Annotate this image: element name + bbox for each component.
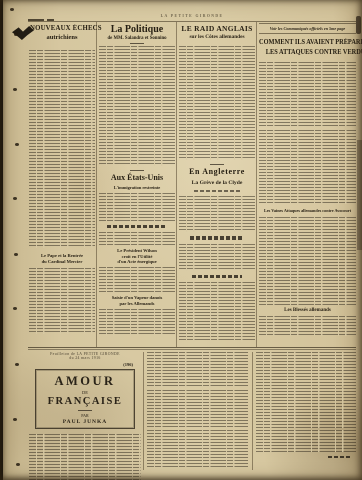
headline-la-politique: La Politique (99, 24, 175, 35)
headline-salandra-sonnino: de MM. Salandra et Sonnino (99, 36, 175, 41)
article-divider (130, 170, 144, 171)
heading-vapeur-line2: par les Allemands (99, 301, 175, 306)
illegible-subheading (194, 190, 240, 192)
body-text-block (147, 390, 248, 428)
masthead-title: LA PETITE GIRONDE (28, 14, 356, 18)
body-text-block (99, 193, 175, 221)
column-4: Voir les Communiqués officiels en 5me pa… (259, 22, 356, 347)
feuilleton-column-a: Feuilleton de LA PETITE GIRONDE du 24 ma… (29, 352, 141, 470)
serial-par-label: PAR (38, 413, 132, 418)
column-rule (176, 22, 177, 347)
headline-comment-ils: COMMENT ILS AVAIENT PRÉPARÉ (259, 39, 349, 46)
body-text-block (179, 46, 255, 160)
body-text-block (259, 316, 356, 336)
headline-raid-anglais: LE RAID ANGLAIS (179, 24, 255, 33)
body-text-block (179, 282, 255, 342)
newspaper-page: LA PETITE GIRONDE NOUVEAUX ÉCHECS autric… (0, 0, 362, 480)
illegible-subheading (192, 275, 242, 278)
heading-greve-clyde: La Grève de la Clyde (179, 180, 255, 186)
heading-etats-unis: Aux États-Unis (99, 173, 175, 182)
notice-rule-top (259, 23, 356, 24)
heading-pape-mercier: Le Pape et la Rentrée du Cardinal Mercie… (29, 253, 95, 264)
body-text-block (99, 232, 175, 245)
feuilleton-rule (28, 349, 356, 350)
body-text-block (256, 352, 356, 386)
binding-speck (13, 197, 17, 200)
column-2: La Politique de MM. Salandra et Sonnino … (99, 24, 175, 347)
binding-speck (15, 143, 19, 146)
subheading-immigration: L'immigration restreinte (99, 185, 175, 190)
body-text-block (99, 46, 175, 166)
headline-autrichiens: autrichiens (29, 34, 95, 41)
feuilleton-column-b (147, 352, 248, 470)
heading-wilson: Le Président Wilson croit en l'Utilité d… (99, 248, 175, 264)
edge-smudge (356, 16, 361, 34)
article-divider (210, 164, 224, 165)
feuilleton-rule (28, 347, 356, 348)
heading-en-angleterre: En Angleterre (179, 167, 255, 176)
binding-speck (13, 307, 17, 310)
binding-speck (13, 88, 17, 91)
body-text-block (147, 352, 248, 388)
headline-attaques-verdun: LES ATTAQUES CONTRE VERDUN (266, 49, 356, 56)
serial-title-de: DE (38, 390, 132, 395)
column-rule (256, 22, 257, 347)
column-rule (96, 22, 97, 347)
feuilleton-header-line2: du 24 mars 1916 (29, 356, 141, 360)
body-text-block (259, 217, 356, 305)
feuilleton-column-rule (252, 352, 253, 470)
notice-rule-bottom (259, 33, 356, 34)
notice-communiques: Voir les Communiqués officiels en 5me pa… (264, 26, 351, 31)
body-text-block (259, 62, 356, 126)
article-divider (130, 43, 144, 44)
body-text-block (179, 196, 255, 232)
serial-signature (328, 456, 350, 458)
binding-speck (14, 33, 18, 36)
body-text-block (99, 309, 175, 336)
binding-speck (13, 418, 17, 421)
heading-wilson-line3: d'un Acte énergique (99, 259, 175, 264)
edge-smudge (357, 140, 362, 250)
page-binding-edge (0, 0, 3, 480)
body-text-block (29, 268, 95, 334)
headline-cotes-allemandes: sur les Côtes allemandes (179, 34, 255, 40)
body-text-block (99, 267, 175, 292)
binding-speck (14, 253, 18, 256)
serial-author: PAUL JUNKA (38, 419, 132, 425)
column-1: NOUVEAUX ÉCHECS autrichiens Le Pape et l… (29, 24, 95, 347)
heading-avocourt: Les Vaines Attaques allemandes contre Av… (261, 208, 354, 213)
serial-divider (78, 410, 92, 411)
body-text-block (29, 434, 141, 480)
feuilleton-column-rule (143, 352, 144, 470)
heading-blesses-allemands: Les Blessés allemands (259, 308, 356, 313)
serial-title-box: AMOUR DE FRANÇAISE PAR PAUL JUNKA (35, 369, 135, 429)
body-text-block (256, 388, 356, 428)
body-text-block (29, 50, 95, 248)
serial-title-amour: AMOUR (38, 374, 132, 389)
serial-number: (196) (29, 362, 141, 367)
serial-title-francaise: FRANÇAISE (38, 396, 132, 407)
feuilleton-column-c (256, 352, 356, 470)
illegible-subheading (107, 225, 166, 228)
illegible-subheading (190, 236, 245, 239)
binding-speck (10, 8, 14, 11)
body-text-block (147, 430, 248, 468)
headline-nouveaux-echecs: NOUVEAUX ÉCHECS (30, 24, 94, 32)
binding-speck (15, 363, 19, 366)
heading-vapeur-danois: Saisie d'un Vapeur danois par les Allema… (99, 295, 175, 306)
heading-pape-line2: du Cardinal Mercier (29, 259, 95, 265)
column-3: LE RAID ANGLAIS sur les Côtes allemandes… (179, 24, 255, 347)
body-text-block (179, 244, 255, 271)
body-text-block (256, 430, 356, 452)
binding-speck (16, 463, 20, 466)
body-text-block (259, 130, 356, 204)
